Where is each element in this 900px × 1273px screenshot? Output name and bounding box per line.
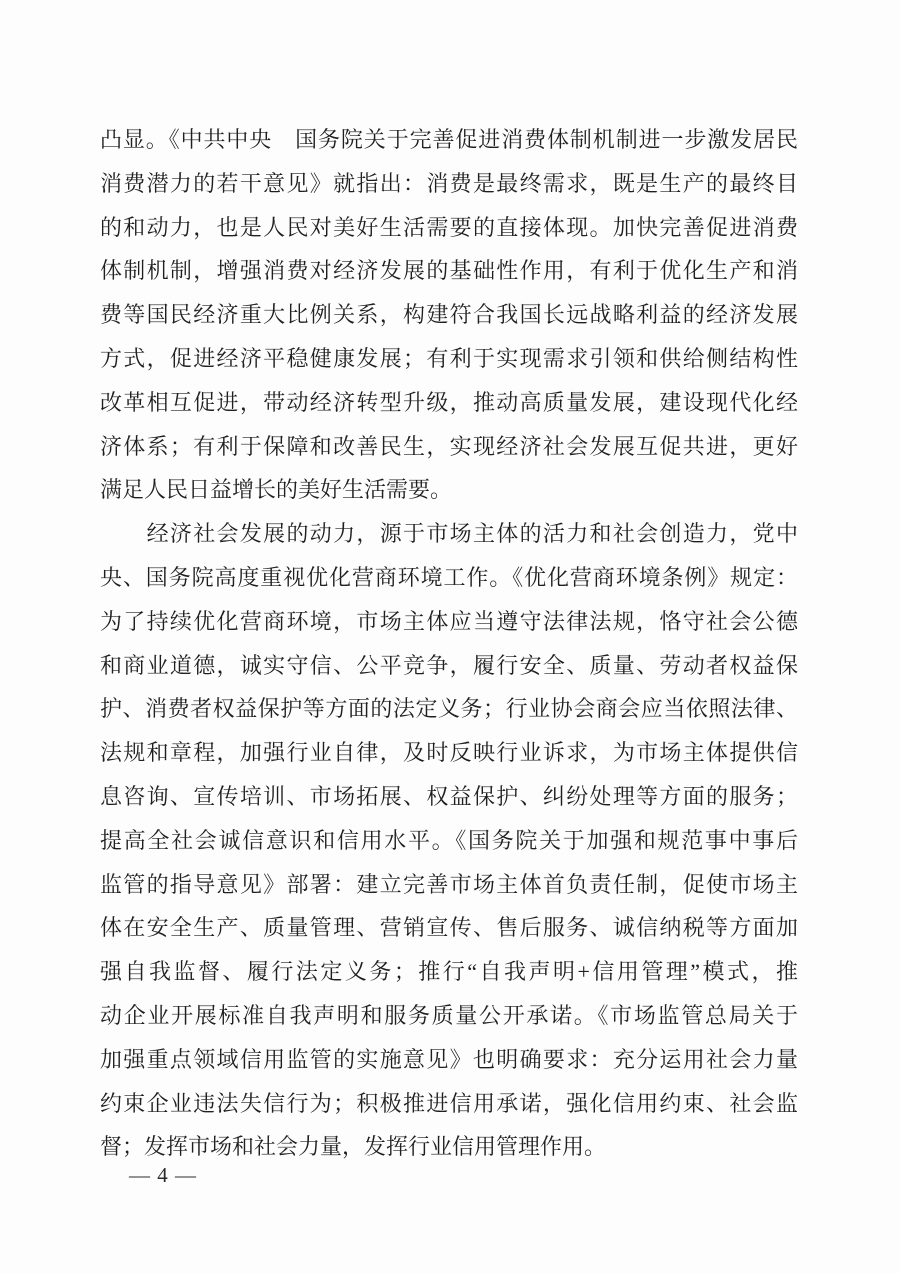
text-line: 息咨询、宣传培训、市场拓展、权益保护、纠纷处理等方面的服务； <box>100 775 798 819</box>
text-line: 凸显。《中共中央 国务院关于完善促进消费体制机制进一步激发居民 <box>100 118 798 162</box>
text-line: 护、消费者权益保护等方面的法定义务；行业协会商会应当依照法律、 <box>100 687 798 731</box>
page-number: — 4 — <box>129 1160 197 1190</box>
text-line: 央、国务院高度重视优化营商环境工作。《优化营商环境条例》规定： <box>100 556 798 600</box>
text-line: 体制机制，增强消费对经济发展的基础性作用，有利于优化生产和消 <box>100 249 798 293</box>
text-line: 督；发挥市场和社会力量，发挥行业信用管理作用。 <box>100 1125 798 1169</box>
text-line: 动企业开展标准自我声明和服务质量公开承诺。《市场监管总局关于 <box>100 994 798 1038</box>
text-line: 方式，促进经济平稳健康发展；有利于实现需求引领和供给侧结构性 <box>100 337 798 381</box>
text-line: 和商业道德，诚实守信、公平竞争，履行安全、质量、劳动者权益保 <box>100 644 798 688</box>
text-line: 法规和章程，加强行业自律，及时反映行业诉求，为市场主体提供信 <box>100 731 798 775</box>
paragraph-2: 经济社会发展的动力，源于市场主体的活力和社会创造力，党中央、国务院高度重视优化营… <box>100 512 798 1169</box>
text-line: 为了持续优化营商环境，市场主体应当遵守法律法规，恪守社会公德 <box>100 600 798 644</box>
text-line: 费等国民经济重大比例关系，构建符合我国长远战略利益的经济发展 <box>100 293 798 337</box>
text-line: 经济社会发展的动力，源于市场主体的活力和社会创造力，党中 <box>100 512 798 556</box>
document-body: 凸显。《中共中央 国务院关于完善促进消费体制机制进一步激发居民消费潜力的若干意见… <box>100 118 798 1169</box>
text-line: 消费潜力的若干意见》就指出：消费是最终需求，既是生产的最终目 <box>100 162 798 206</box>
paragraph-1: 凸显。《中共中央 国务院关于完善促进消费体制机制进一步激发居民消费潜力的若干意见… <box>100 118 798 512</box>
text-line: 监管的指导意见》部署：建立完善市场主体首负责任制，促使市场主 <box>100 863 798 907</box>
text-line: 强自我监督、履行法定义务；推行“自我声明+信用管理”模式，推 <box>100 950 798 994</box>
text-line: 体在安全生产、质量管理、营销宣传、售后服务、诚信纳税等方面加 <box>100 906 798 950</box>
text-line: 改革相互促进，带动经济转型升级，推动高质量发展，建设现代化经 <box>100 381 798 425</box>
text-line: 提高全社会诚信意识和信用水平。《国务院关于加强和规范事中事后 <box>100 819 798 863</box>
text-line: 约束企业违法失信行为；积极推进信用承诺，强化信用约束、社会监 <box>100 1082 798 1126</box>
text-line: 的和动力，也是人民对美好生活需要的直接体现。加快完善促进消费 <box>100 206 798 250</box>
text-line: 满足人民日益增长的美好生活需要。 <box>100 468 798 512</box>
text-line: 加强重点领域信用监管的实施意见》也明确要求：充分运用社会力量 <box>100 1038 798 1082</box>
document-page: 凸显。《中共中央 国务院关于完善促进消费体制机制进一步激发居民消费潜力的若干意见… <box>0 0 900 1273</box>
text-line: 济体系；有利于保障和改善民生，实现经济社会发展互促共进，更好 <box>100 425 798 469</box>
